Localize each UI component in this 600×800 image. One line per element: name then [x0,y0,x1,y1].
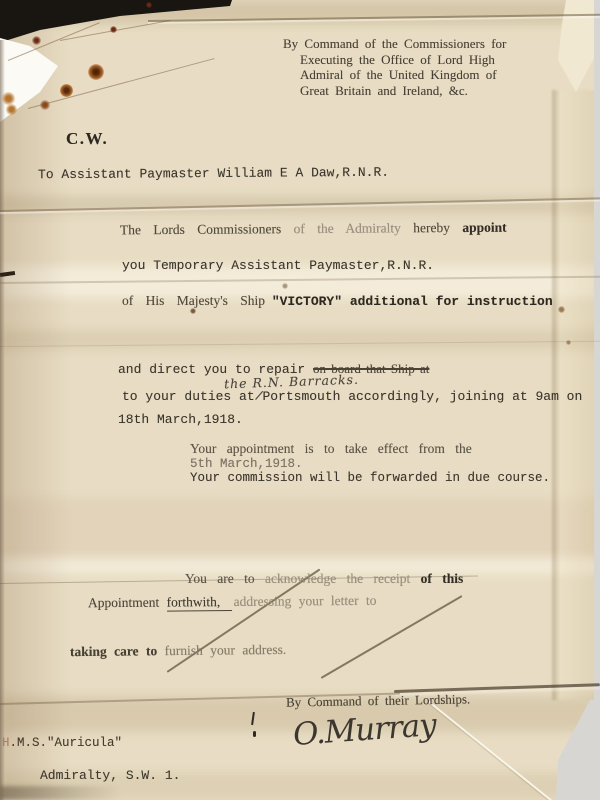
ship-line-typed: "VICTORY" additional for instruction [272,294,553,309]
stain-spot [566,340,571,345]
duties-line: to your duties at/Portsmouth accordingly… [122,389,582,404]
rank-line: you Temporary Assistant Paymaster,R.N.R. [122,258,434,273]
commission-line: Your commission will be forwarded in due… [190,471,550,485]
stain-spot [40,100,50,110]
addressee-line: To Assistant Paymaster William E A Daw,R… [38,165,389,182]
stain-spot [146,2,152,8]
ship-line-printed: of His Majesty's Ship [122,293,265,308]
ack-text: Appointment [88,595,159,611]
stain-spot [282,283,288,289]
ack-text: taking care to [70,643,157,659]
office-address: Admiralty, S.W. 1. [40,768,180,783]
appointment-text-bold: appoint [462,220,506,235]
by-command-line: By Command of their Lordships. [286,691,471,710]
ack-text-faded: furnish your address. [165,642,287,658]
effect-line: Your appointment is to take effect from … [190,441,472,457]
header-line: Admiral of the United Kingdom of [300,67,506,83]
ship-name-rest: .M.S."Auricula" [10,736,123,750]
stain-spot [6,104,17,115]
ship-line: of His Majesty's Ship "VICTORY" addition… [122,293,553,309]
appointment-text: The Lords Commissioners [120,221,281,237]
stain-spot [110,26,117,33]
header-line: Great Britain and Ireland, &c. [300,83,506,99]
left-edge-shading [0,0,70,800]
header-line: By Command of the Commissioners for [283,36,506,52]
ack-text-faded: addressing your letter to [234,593,377,609]
appointment-line: The Lords Commissioners of the Admiralty… [120,220,507,239]
ack-text-underlined: forthwith, [167,594,233,612]
acknowledge-line-1: You are to acknowledge the receipt of th… [185,571,463,587]
reference-code: C.W. [66,129,108,149]
scanned-letter-document: By Command of the Commissioners for Exec… [0,0,600,800]
left-edge-shadow [0,40,5,800]
command-header-block: By Command of the Commissioners for Exec… [283,36,506,98]
stain-spot [88,64,104,80]
appointment-text-faded: of the Admiralty [294,220,401,236]
scanner-edge-right [594,0,600,800]
stain-spot [2,92,15,105]
duties-text: to your duties at [122,389,255,404]
acknowledge-line-2: Appointment forthwith, addressing your l… [88,593,377,612]
ink-mark-dot [253,731,256,737]
appointment-text: hereby [413,220,450,235]
stain-spot [60,84,73,97]
acknowledge-line-3: taking care to furnish your address. [70,642,286,660]
effect-date: 5th March,1918. [190,457,303,471]
stain-spot [32,36,41,45]
ack-text: You are to [185,571,255,586]
ship-name-footer: H.M.S."Auricula" [2,736,122,750]
duties-text: Portsmouth accordingly, joining at 9am o… [262,389,582,404]
bottom-edge-shadow [0,786,120,800]
stain-spot [558,306,565,313]
header-line: Executing the Office of Lord High [300,52,506,68]
ack-text-bold: of this [421,571,464,586]
ack-text-faded: acknowledge the receipt [265,571,410,586]
joining-date: 18th March,1918. [118,412,243,427]
ship-name-first-letter: H [2,736,10,750]
